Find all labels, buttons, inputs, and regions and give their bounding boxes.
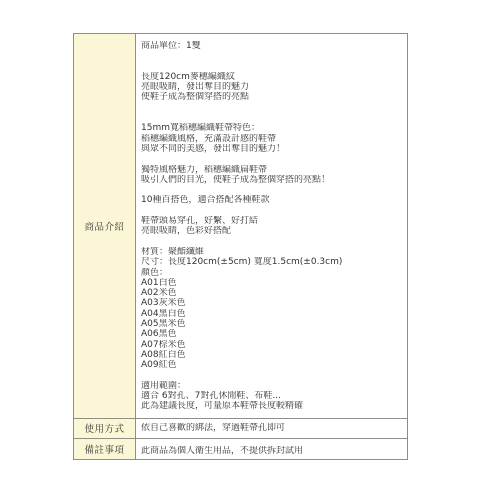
text-line: 長度120cm麥穗編織紋 xyxy=(141,72,403,82)
text-line: A06黑色 xyxy=(141,329,403,339)
text-line xyxy=(141,51,403,61)
text-line xyxy=(141,206,403,216)
text-line xyxy=(141,237,403,247)
text-line: 與眾不同的美感，發出奪目的魅力！ xyxy=(141,144,403,154)
text-line xyxy=(141,62,403,72)
text-line: A08紅白色 xyxy=(141,350,403,360)
text-line: 尺寸：長度120cm(±5cm) 寬度1.5cm(±0.3cm) xyxy=(141,257,403,267)
row-content-note: 此商品為個人衛生用品，不提供拆封試用 xyxy=(136,439,407,459)
product-spec-table: 商品介紹 商品單位：1雙 長度120cm麥穗編織紋亮眼吸睛，發出奪目的魅力使鞋子… xyxy=(73,33,408,460)
text-line: 顏色： xyxy=(141,268,403,278)
text-line: A04黑白色 xyxy=(141,309,403,319)
text-line: 材質：聚酯纖維 xyxy=(141,247,403,257)
row-label-note: 備註事項 xyxy=(74,439,136,459)
text-line: 稻穗編織風格，充滿設計感的鞋帶 xyxy=(141,134,403,144)
text-line xyxy=(141,113,403,123)
text-line: 依自己喜歡的綁法，穿過鞋帶孔即可 xyxy=(141,423,285,433)
text-line: 15mm寬稻穗編織鞋帶特色： xyxy=(141,123,403,133)
text-line xyxy=(141,371,403,381)
text-line: 亮眼吸睛，發出奪目的魅力 xyxy=(141,82,403,92)
text-line xyxy=(141,103,403,113)
row-content-product-intro: 商品單位：1雙 長度120cm麥穗編織紋亮眼吸睛，發出奪目的魅力使鞋子成為整個穿… xyxy=(136,34,407,418)
text-line: 適合 6對孔、7對孔休閒鞋、布鞋... xyxy=(141,391,403,401)
text-line: A01白色 xyxy=(141,278,403,288)
text-line: 鞋帶頭易穿孔，好繫、好打結 xyxy=(141,216,403,226)
text-line: 獨特風格魅力，稻穗編織扁鞋帶 xyxy=(141,165,403,175)
table-row-product-intro: 商品介紹 商品單位：1雙 長度120cm麥穗編織紋亮眼吸睛，發出奪目的魅力使鞋子… xyxy=(74,34,407,418)
text-line: 10種百搭色，適合搭配各種鞋款 xyxy=(141,195,403,205)
table-row-note: 備註事項 此商品為個人衛生用品，不提供拆封試用 xyxy=(74,438,407,459)
text-line: A02米色 xyxy=(141,288,403,298)
text-line: 使鞋子成為整個穿搭的亮點 xyxy=(141,92,403,102)
row-label-product-intro: 商品介紹 xyxy=(74,34,136,418)
row-label-usage: 使用方式 xyxy=(74,419,136,438)
text-line: A07棕米色 xyxy=(141,340,403,350)
table-row-usage: 使用方式 依自己喜歡的綁法，穿過鞋帶孔即可 xyxy=(74,418,407,438)
text-line: 亮眼吸睛，色彩好搭配 xyxy=(141,226,403,236)
text-line: A09紅色 xyxy=(141,360,403,370)
text-line: 此為建議長度，可量原本鞋帶長度較精確 xyxy=(141,401,403,411)
row-content-usage: 依自己喜歡的綁法，穿過鞋帶孔即可 xyxy=(136,419,407,438)
text-line: 商品單位：1雙 xyxy=(141,41,403,51)
text-line: 此商品為個人衛生用品，不提供拆封試用 xyxy=(141,446,303,456)
page-canvas: 商品介紹 商品單位：1雙 長度120cm麥穗編織紋亮眼吸睛，發出奪目的魅力使鞋子… xyxy=(0,0,480,480)
text-line: A05黑米色 xyxy=(141,319,403,329)
text-line: 吸引人們的目光，使鞋子成為整個穿搭的亮點！ xyxy=(141,175,403,185)
text-line xyxy=(141,154,403,164)
text-line xyxy=(141,185,403,195)
text-line: 適用範圍： xyxy=(141,381,403,391)
text-line: A03灰米色 xyxy=(141,298,403,308)
